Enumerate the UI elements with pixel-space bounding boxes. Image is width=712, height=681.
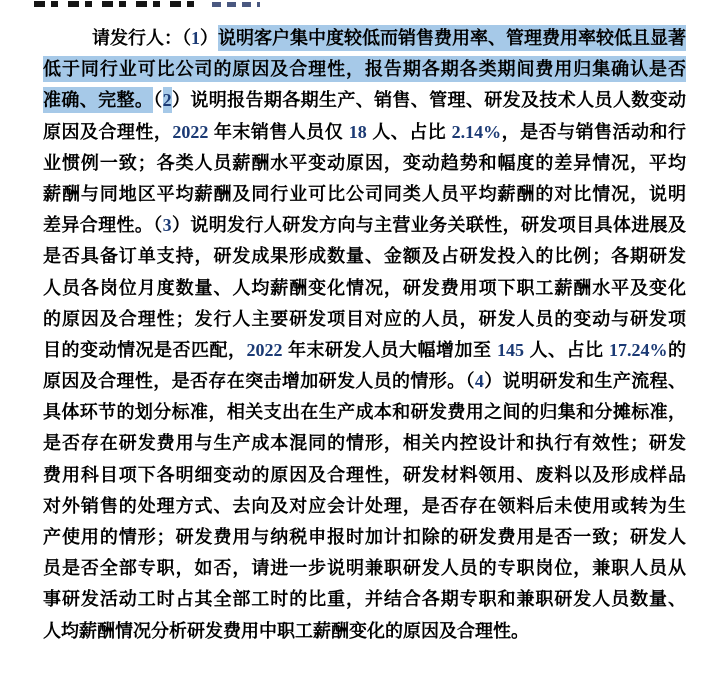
highlighted-text: 说明客户集中度较低而销售费用率、管理费用率较低且显著 bbox=[218, 25, 686, 51]
body-text: 具体环节的划分标准，相关支出在生产成本和研发费用之间的归集和分摊标准， bbox=[43, 402, 686, 422]
text-line-17: 产使用的情形；研发费用与纳税申报时加计扣除的研发费用是否一致；研发人 bbox=[43, 522, 686, 553]
numeric-text: 1 bbox=[191, 28, 200, 48]
numeric-text: 2022 bbox=[172, 122, 208, 142]
text-line-15: 费用科目项下各明细变动的原因及合理性，研发材料领用、废料以及形成样品 bbox=[43, 460, 686, 491]
body-text: 年末销售人员仅 bbox=[208, 122, 348, 142]
body-text: 对外销售的处理方式、去向及对应会计处理，是否存在领料后未使用或转为生 bbox=[43, 496, 686, 516]
body-text: 是否存在研发费用与生产成本混同的情形，相关内控设计和执行有效性；研发 bbox=[43, 433, 686, 453]
body-text: 费用科目项下各明细变动的原因及合理性，研发材料领用、废料以及形成样品 bbox=[43, 465, 686, 485]
body-text: ，是否与销售活动和行 bbox=[501, 122, 686, 142]
numeric-text: 145 bbox=[497, 340, 524, 360]
clipped-glyph-fragments bbox=[34, 1, 204, 7]
text-line-4: 原因及合理性，2022 年末销售人员仅 18 人、占比 2.14%，是否与销售活… bbox=[43, 117, 686, 148]
inquiry-paragraph: 请发行人：（1）说明客户集中度较低而销售费用率、管理费用率较低且显著低于同行业可… bbox=[43, 23, 686, 647]
body-text: 目的变动情况是否匹配， bbox=[43, 340, 247, 360]
text-line-7: 差异合理性。（3）说明发行人研发方向与主营业务关联性，研发项目具体进展及 bbox=[43, 210, 686, 241]
text-line-14: 是否存在研发费用与生产成本混同的情形，相关内控设计和执行有效性；研发 bbox=[43, 428, 686, 459]
text-line-18: 员是否全部专职，如否，请进一步说明兼职研发人员的专职岗位，兼职人员从 bbox=[43, 553, 686, 584]
body-text: 人员各岗位月度数量、人均薪酬变化情况，研发费用项下职工薪酬水平及变化 bbox=[43, 278, 686, 298]
text-line-1: 请发行人：（1）说明客户集中度较低而销售费用率、管理费用率较低且显著 bbox=[43, 23, 686, 54]
highlighted-text: 低于同行业可比公司的原因及合理性，报告期各期各类期间费用归集确认是否 bbox=[43, 56, 686, 82]
text-line-9: 人员各岗位月度数量、人均薪酬变化情况，研发费用项下职工薪酬水平及变化 bbox=[43, 273, 686, 304]
text-line-12: 原因及合理性，是否存在突击增加研发人员的情形。（4）说明研发和生产流程、 bbox=[43, 366, 686, 397]
text-line-20: 人均薪酬情况分析研发费用中职工薪酬变化的原因及合理性。 bbox=[43, 616, 686, 647]
body-text: 的 bbox=[668, 340, 687, 360]
body-text: ） bbox=[200, 28, 218, 48]
highlighted-numeric-text: 2 bbox=[163, 87, 172, 113]
text-line-2: 低于同行业可比公司的原因及合理性，报告期各期各类期间费用归集确认是否 bbox=[43, 54, 686, 85]
text-line-11: 目的变动情况是否匹配，2022 年末研发人员大幅增加至 145 人、占比 17.… bbox=[43, 335, 686, 366]
body-text: （ bbox=[153, 90, 162, 110]
body-text: 是否具备订单支持，研发成果形成数量、金额及占研发投入的比例；各期研发 bbox=[43, 246, 686, 266]
clipped-number-fragments bbox=[212, 2, 260, 7]
body-text: ）说明发行人研发方向与主营业务关联性，研发项目具体进展及 bbox=[172, 215, 686, 235]
numeric-text: 4 bbox=[475, 371, 484, 391]
body-text: 的原因及合理性；发行人主要研发项目对应的人员，研发人员的变动与研发项 bbox=[43, 309, 686, 329]
text-line-13: 具体环节的划分标准，相关支出在生产成本和研发费用之间的归集和分摊标准， bbox=[43, 397, 686, 428]
text-line-10: 的原因及合理性；发行人主要研发项目对应的人员，研发人员的变动与研发项 bbox=[43, 304, 686, 335]
text-line-5: 业惯例一致；各类人员薪酬水平变动原因，变动趋势和幅度的差异情况，平均 bbox=[43, 148, 686, 179]
numeric-text: 2.14% bbox=[452, 122, 502, 142]
body-text: 请发行人：（ bbox=[92, 28, 191, 48]
body-text: 员是否全部专职，如否，请进一步说明兼职研发人员的专职岗位，兼职人员从 bbox=[43, 558, 686, 578]
text-line-19: 事研发活动工时占其全部工时的比重，并结合各期专职和兼职研发人员数量、 bbox=[43, 584, 686, 615]
body-text: ）说明研发和生产流程、 bbox=[484, 371, 686, 391]
body-text: 薪酬与同地区平均薪酬及同行业可比公司同类人员平均薪酬的对比情况，说明 bbox=[43, 184, 686, 204]
numeric-text: 2022 bbox=[247, 340, 283, 360]
numeric-text: 3 bbox=[163, 215, 172, 235]
clipped-top-text-row bbox=[34, 1, 262, 7]
body-text: 业惯例一致；各类人员薪酬水平变动原因，变动趋势和幅度的差异情况，平均 bbox=[43, 153, 686, 173]
body-text: 差异合理性。（ bbox=[43, 215, 163, 235]
text-line-6: 薪酬与同地区平均薪酬及同行业可比公司同类人员平均薪酬的对比情况，说明 bbox=[43, 179, 686, 210]
body-text: 人、占比 bbox=[367, 122, 452, 142]
body-text: ）说明报告期各期生产、销售、管理、研发及技术人员人数变动 bbox=[172, 90, 686, 110]
highlighted-text: 准确、完整。 bbox=[43, 87, 153, 113]
text-line-3: 准确、完整。（2）说明报告期各期生产、销售、管理、研发及技术人员人数变动 bbox=[43, 85, 686, 116]
body-text: 产使用的情形；研发费用与纳税申报时加计扣除的研发费用是否一致；研发人 bbox=[43, 527, 686, 547]
body-text: 人、占比 bbox=[524, 340, 609, 360]
body-text: 原因及合理性，是否存在突击增加研发人员的情形。（ bbox=[43, 371, 475, 391]
text-line-16: 对外销售的处理方式、去向及对应会计处理，是否存在领料后未使用或转为生 bbox=[43, 491, 686, 522]
document-page: 请发行人：（1）说明客户集中度较低而销售费用率、管理费用率较低且显著低于同行业可… bbox=[0, 0, 712, 681]
numeric-text: 17.24% bbox=[609, 340, 668, 360]
body-text: 年末研发人员大幅增加至 bbox=[283, 340, 498, 360]
body-text: 人均薪酬情况分析研发费用中职工薪酬变化的原因及合理性。 bbox=[43, 621, 529, 641]
body-text: 原因及合理性， bbox=[43, 122, 172, 142]
numeric-text: 18 bbox=[349, 122, 367, 142]
body-text: 事研发活动工时占其全部工时的比重，并结合各期专职和兼职研发人员数量、 bbox=[43, 589, 686, 609]
text-line-8: 是否具备订单支持，研发成果形成数量、金额及占研发投入的比例；各期研发 bbox=[43, 241, 686, 272]
